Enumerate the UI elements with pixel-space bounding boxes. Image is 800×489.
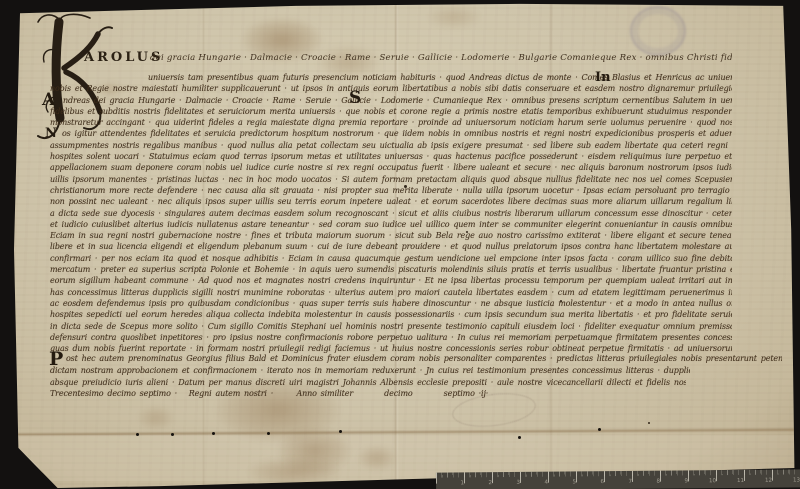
initial-letter-P: P [49,348,63,370]
manuscript-text-line: assumpmentes nostris regalibus manibus ·… [50,140,732,151]
scale-number: 12 [746,478,774,484]
initial-letters-IN: In [595,70,611,85]
initial-letter-S: S [349,88,361,108]
scale-number: 7 [606,479,634,485]
stain [358,446,396,470]
manuscript-text-line: non possint nec ualeant · nec aliquis ip… [50,196,732,207]
manuscript-text-line: hospites sepedicti uel eorum heredes ali… [50,309,732,320]
manuscript-text-line: et iudicio cuiuslibet alterius iudicis n… [50,219,732,230]
manuscript-text-line: eorum sigillum habeant commune · Ad quod… [50,275,732,286]
manuscript-text-line: defensuri contra quoslibet inpetitores ·… [50,332,732,343]
parchment-hole [267,432,270,435]
parchment-hole [171,433,174,436]
parchment-hole [518,436,521,439]
parchment-hole [212,432,215,435]
scale-number: 4 [522,480,550,486]
parchment-hole [598,428,601,431]
scale-number: 2 [466,480,494,486]
scale-number: 13 [774,477,800,483]
manuscript-text-line: a dicta sede sue dyocesis · singulares a… [50,208,732,219]
ink-speck [648,422,650,424]
manuscript-text-line: appellacionem suam deponere coram nobis … [50,162,732,173]
manuscript-text-line: christianorum more recte defendere · nec… [50,185,732,196]
manuscript-text-line: absque preiudicio iuris alieni · Datum p… [50,378,686,387]
scale-number: 10 [690,478,718,484]
manuscript-text-line: nobis et Regie nostre maiestati humilite… [50,83,732,94]
scale-number: 11 [718,478,746,484]
manuscript-text-line: has concessimus litteras dupplicis sigil… [50,287,732,298]
measuring-scale-numbers: 12345678910111213 [438,477,800,486]
parchment-charter: AROLUS dei gracia Hungarie · Dalmacie · … [0,0,800,489]
manuscript-text-line: uniuersis tam presentibus quam futuris p… [50,72,732,83]
parchment-hole [339,430,342,433]
scale-number: 6 [578,479,606,485]
manuscript-text-line: ndreas dei gracia Hungarie · Dalmacie · … [50,95,732,106]
manuscript-text-line: dictam nostram approbacionem et confirma… [50,366,690,375]
royal-intitulatio-line: dei gracia Hungarie · Dalmacie · Croacie… [150,53,732,63]
charter-text-block: uniuersis tam presentibus quam futuris p… [50,72,732,354]
manuscript-text-line: libere et in sua licencia eligendi et el… [50,241,732,252]
manuscript-text-line: mercatum · preter ea superius scripta Po… [50,264,732,275]
manuscript-text-line: quas dum nobis fuerint reportate · in fo… [50,343,732,354]
initial-letter-N: N [45,126,57,141]
manuscript-text-line: fidelibus et subditis nostris fidelitate… [50,106,732,117]
photo-stage: AROLUS dei gracia Hungarie · Dalmacie · … [0,0,800,489]
scale-number: 1 [438,480,466,486]
initial-letter-A: A [42,90,55,110]
scale-number: 9 [662,478,690,484]
scale-number: 3 [494,480,522,486]
manuscript-text-line: monstraretur accingant · qua uiderint fi… [50,117,732,128]
round-seal-impression-icon [630,6,686,56]
measuring-scale: 12345678910111213 [436,469,800,489]
manuscript-text-line: ac eosdem defendemus ipsis pro quibusdam… [50,298,732,309]
manuscript-text-line: hospites solent uocari · Statuimus eciam… [50,151,732,162]
manuscript-text-line: os igitur attendentes fidelitates et ser… [50,128,732,139]
parchment-hole [136,433,139,436]
stain [138,406,174,430]
scale-number: 8 [634,479,662,485]
scale-number: 5 [550,479,578,485]
manuscript-text-line: Eciam in sua regni nostri gubernacione n… [50,230,732,241]
manuscript-text-line: confirmari · per nos eciam ita quod et n… [50,253,732,264]
dating-clause-line: Trecentesimo decimo septimo · Regni aute… [50,389,766,398]
manuscript-text-line: uillis ipsorum manentes · pristinas luct… [50,174,732,185]
manuscript-text-line: ost hec autem prenominatus Georgius fili… [50,354,782,363]
stain [428,6,480,28]
manuscript-text-line: in dicta sede de Scepus more solito · Cu… [50,321,732,332]
stain [248,458,340,486]
